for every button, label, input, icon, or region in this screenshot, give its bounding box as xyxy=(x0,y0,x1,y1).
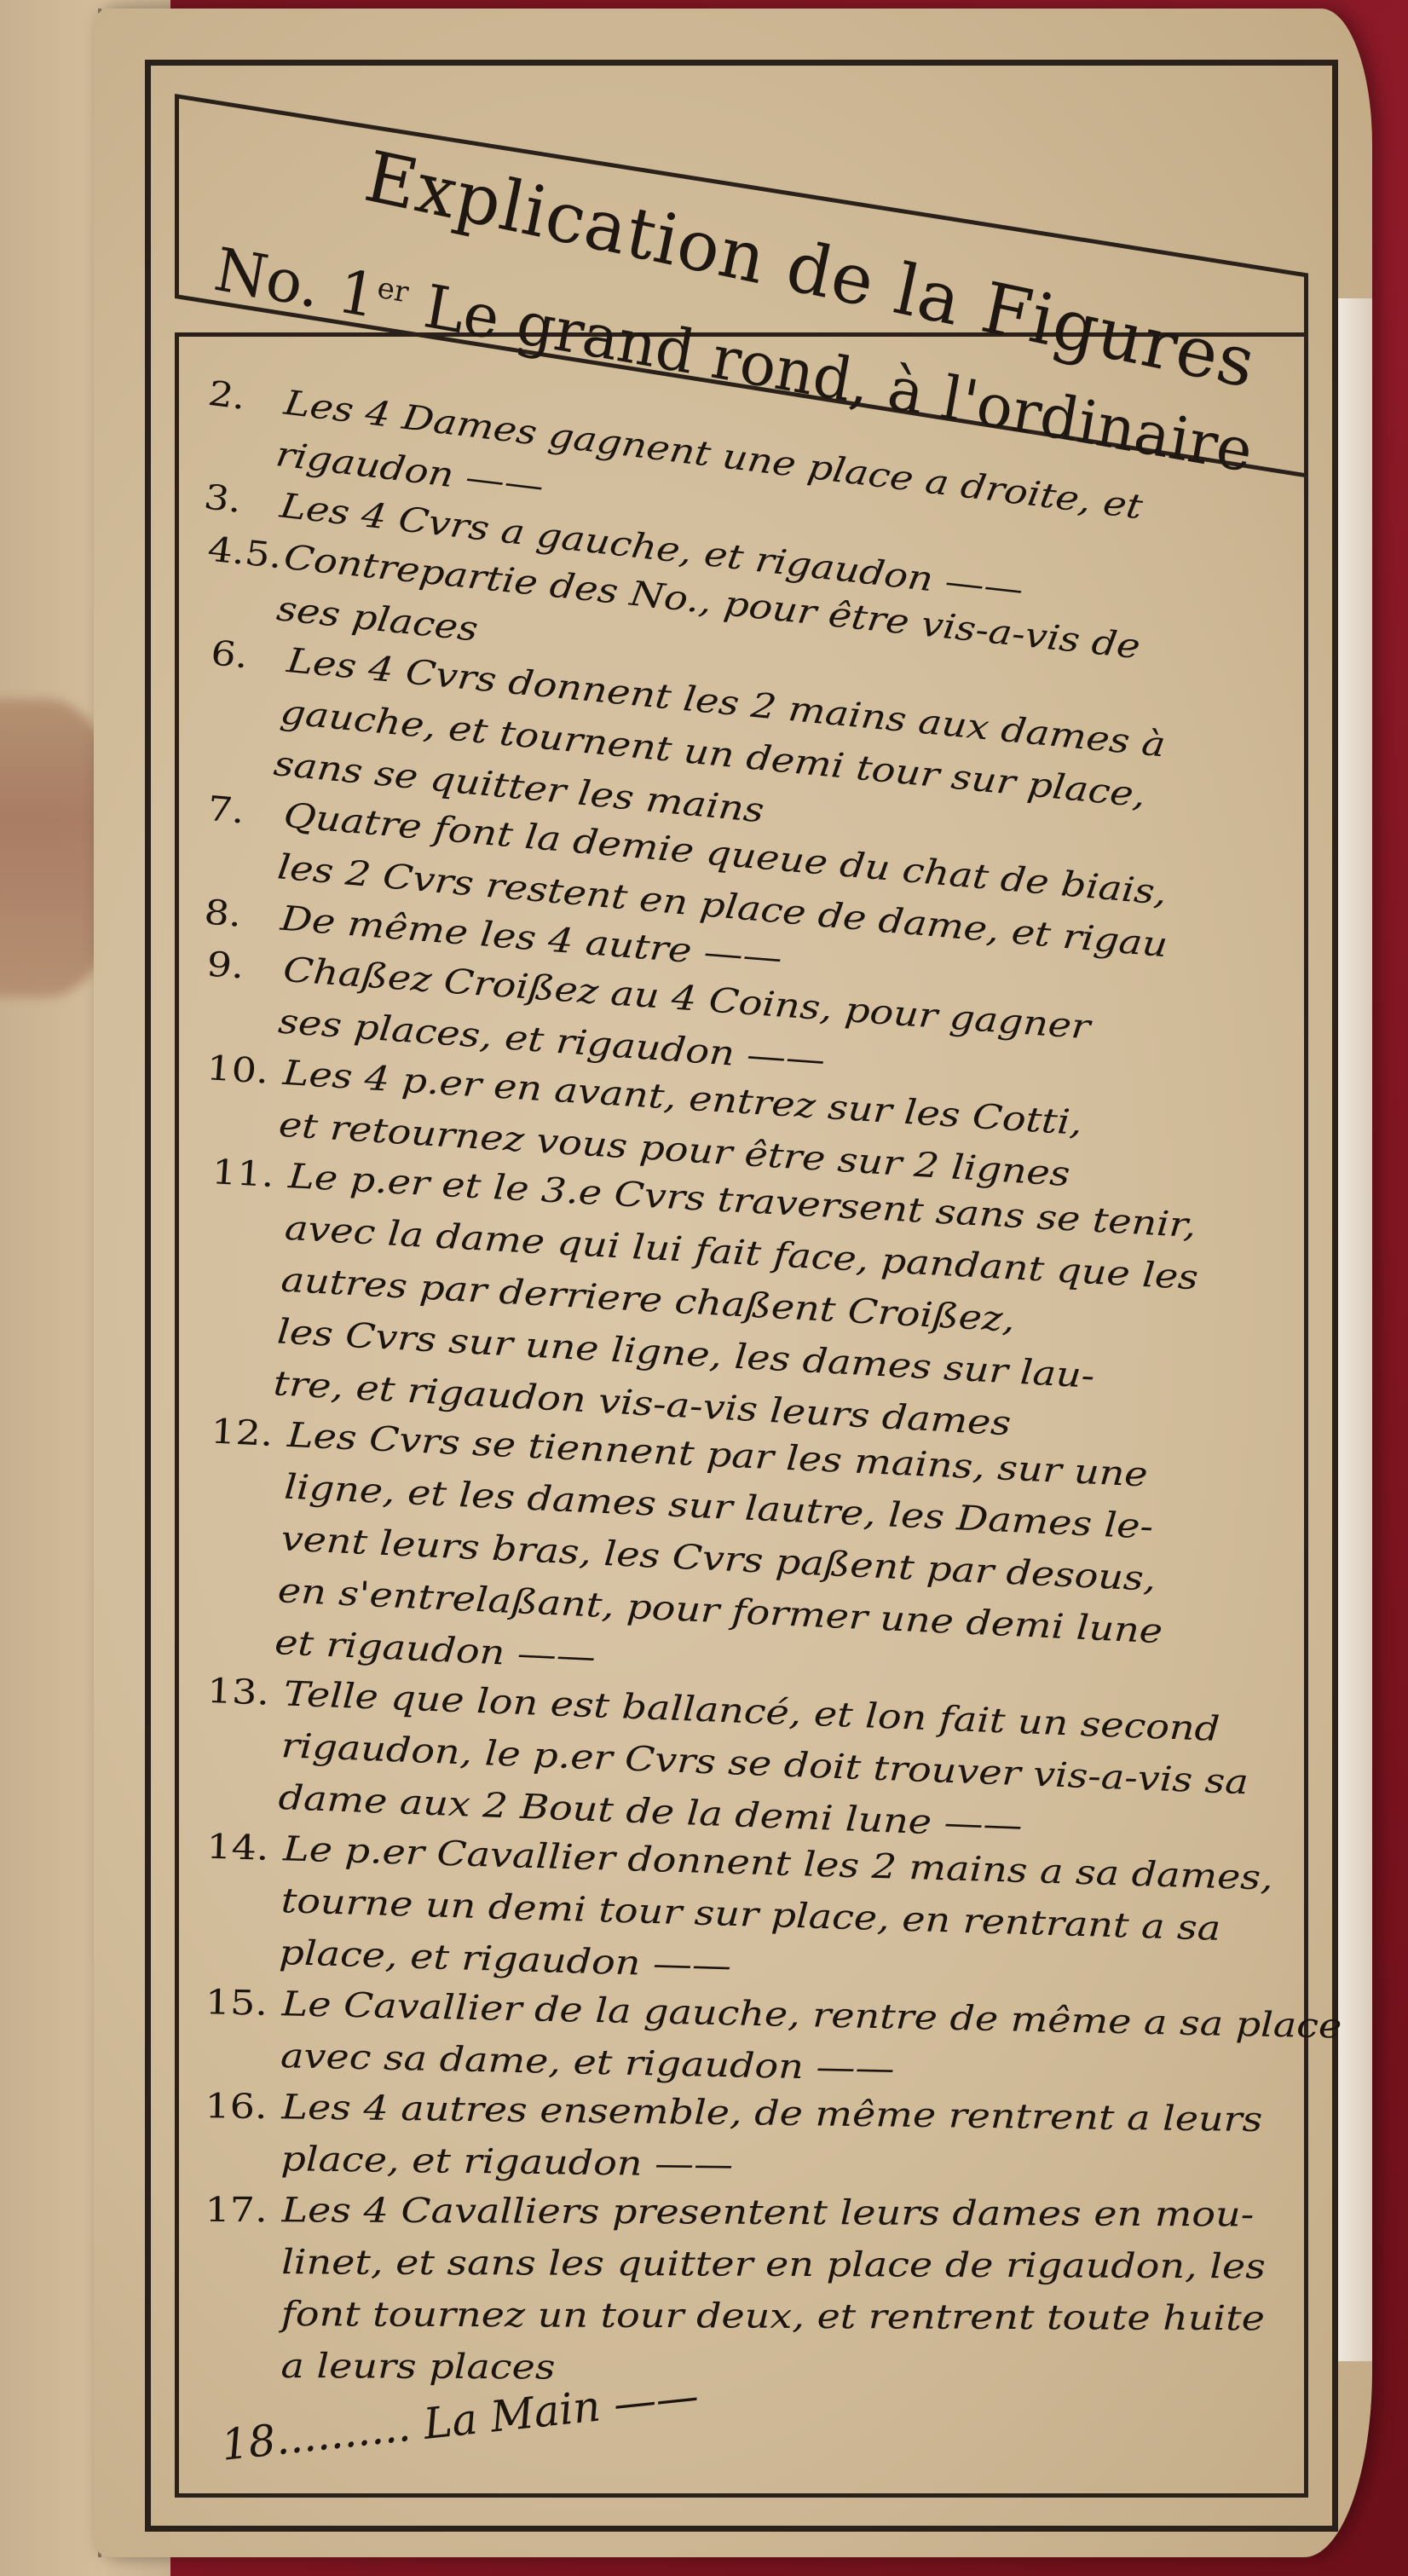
entry-item: 17.Les 4 Cavalliers presentent leurs dam… xyxy=(204,2184,1295,2396)
entry-number: 12. xyxy=(210,1405,290,1460)
entry-number: 3. xyxy=(200,471,284,531)
entry-number: 15. xyxy=(205,1976,283,2030)
footer-number: 18 xyxy=(219,2416,278,2470)
entries-list: 2.Les 4 Dames gagnent une place a droite… xyxy=(205,367,1295,2391)
entry-number: 13. xyxy=(206,1665,286,1719)
entry-number: 17. xyxy=(205,2184,281,2236)
entry-line: Les 4 autres ensemble, de même rentrent … xyxy=(281,2087,1263,2140)
manuscript-page: Explication de la Figures No. 1er Le gra… xyxy=(94,9,1372,2557)
entry-line: font tournez un tour deux, et rentrent t… xyxy=(205,2287,1295,2344)
entry-item: 12.Les Cvrs se tiennent par les mains, s… xyxy=(197,1405,1302,1714)
entry-number: 11. xyxy=(211,1146,291,1202)
entry-item: 16.Les 4 autres ensemble, de même rentre… xyxy=(204,2080,1296,2198)
entry-number: 2. xyxy=(205,367,289,428)
page-edge xyxy=(1338,298,1372,2361)
entry-number: 14. xyxy=(205,1820,284,1874)
entry-number: 8. xyxy=(202,886,284,944)
entry-number: 16. xyxy=(205,2080,282,2133)
entry-line: a leurs places xyxy=(204,2339,1295,2396)
entry-number: 9. xyxy=(205,938,286,995)
entry-number: 6. xyxy=(208,627,291,685)
entry-number: 7. xyxy=(205,783,287,841)
subtitle-sup: er xyxy=(375,271,412,310)
entry-number: 10. xyxy=(205,1042,286,1098)
entry-line: Les 4 Cavalliers presentent leurs dames … xyxy=(281,2190,1254,2234)
entry-number: 4.5. xyxy=(205,523,288,582)
entry-line: linet, et sans les quitter en place de r… xyxy=(205,2235,1295,2292)
